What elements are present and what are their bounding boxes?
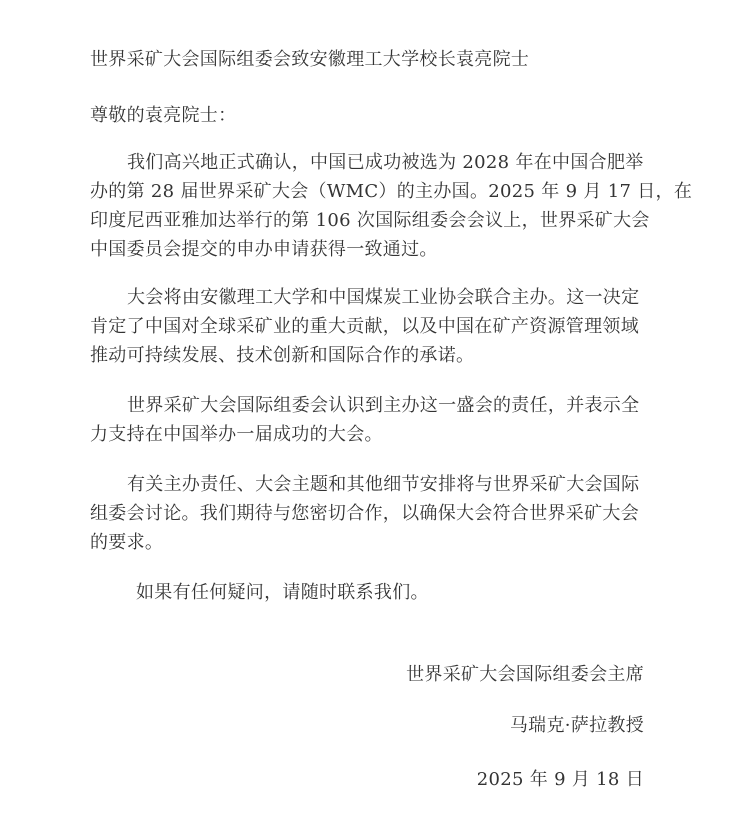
- paragraph-confirmation: 我们高兴地正式确认，中国已成功被选为 2028 年在中国合肥举 办的第 28 届…: [90, 148, 650, 264]
- paragraph-contact: 如果有任何疑问，请随时联系我们。: [90, 578, 650, 607]
- paragraph-line: 大会将由安徽理工大学和中国煤炭工业协会联合主办。这一决定: [90, 283, 650, 312]
- paragraph-line: 我们高兴地正式确认，中国已成功被选为 2028 年在中国合肥举: [90, 148, 650, 177]
- paragraph-line: 力支持在中国举办一届成功的大会。: [90, 420, 650, 449]
- signature-name: 马瑞克·萨拉教授: [510, 711, 644, 740]
- paragraph-line: 如果有任何疑问，请随时联系我们。: [90, 578, 650, 607]
- paragraph-line: 世界采矿大会国际组委会认识到主办这一盛会的责任，并表示全: [90, 391, 650, 420]
- paragraph-line: 推动可持续发展、技术创新和国际合作的承诺。: [90, 341, 650, 370]
- letter-title: 世界采矿大会国际组委会致安徽理工大学校长袁亮院士: [90, 45, 650, 74]
- paragraph-line: 的要求。: [90, 528, 650, 557]
- signature-position: 世界采矿大会国际组委会主席: [406, 660, 644, 689]
- paragraph-line: 印度尼西亚雅加达举行的第 106 次国际组委会会议上，世界采矿大会: [90, 206, 650, 235]
- paragraph-line: 办的第 28 届世界采矿大会（WMC）的主办国。2025 年 9 月 17 日，…: [90, 177, 650, 206]
- signature-date: 2025 年 9 月 18 日: [477, 765, 644, 794]
- paragraph-support: 世界采矿大会国际组委会认识到主办这一盛会的责任，并表示全 力支持在中国举办一届成…: [90, 391, 650, 449]
- paragraph-hosts: 大会将由安徽理工大学和中国煤炭工业协会联合主办。这一决定 肯定了中国对全球采矿业…: [90, 283, 650, 370]
- paragraph-line: 组委会讨论。我们期待与您密切合作，以确保大会符合世界采矿大会: [90, 499, 650, 528]
- paragraph-line: 有关主办责任、大会主题和其他细节安排将与世界采矿大会国际: [90, 470, 650, 499]
- paragraph-details: 有关主办责任、大会主题和其他细节安排将与世界采矿大会国际 组委会讨论。我们期待与…: [90, 470, 650, 557]
- salutation: 尊敬的袁亮院士：: [90, 101, 650, 130]
- paragraph-line: 中国委员会提交的申办申请获得一致通过。: [90, 235, 650, 264]
- paragraph-line: 肯定了中国对全球采矿业的重大贡献，以及中国在矿产资源管理领域: [90, 312, 650, 341]
